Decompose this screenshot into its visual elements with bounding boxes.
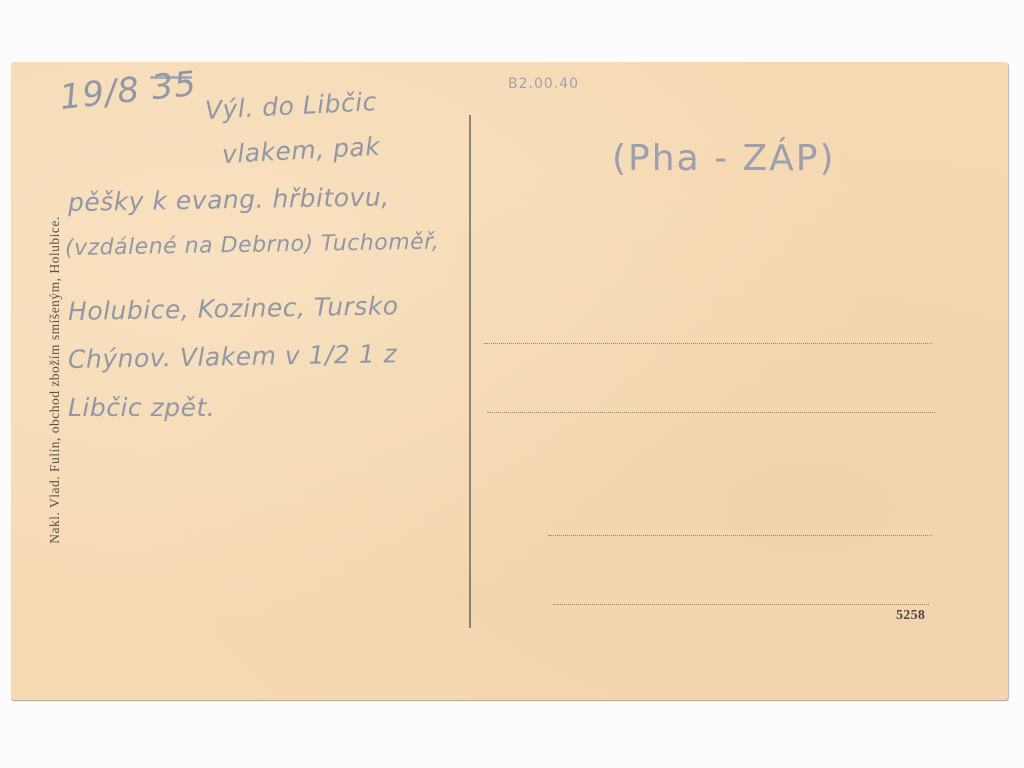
publisher-imprint: Nakl. Vlad. Fulín, obchod zbožím smíšený… xyxy=(47,150,63,610)
message-line-6: Chýnov. Vlakem v 1/2 1 z xyxy=(68,339,398,374)
address-line-2 xyxy=(487,412,935,413)
scan-background: Nakl. Vlad. Fulín, obchod zbožím smíšený… xyxy=(0,0,1024,768)
address-line-4 xyxy=(553,604,929,605)
address-line-3 xyxy=(548,535,932,536)
center-divider-line xyxy=(469,115,471,628)
address-line-1 xyxy=(484,343,932,344)
serial-number: 5258 xyxy=(896,608,925,624)
route-note: (Pha - ZÁP) xyxy=(612,138,836,179)
message-line-5: Holubice, Kozinec, Tursko xyxy=(68,291,399,326)
message-line-7: Libčic zpět. xyxy=(68,393,215,422)
message-line-3: pěšky k evang. hřbitovu, xyxy=(68,182,390,217)
reference-code: B2.00.40 xyxy=(508,76,579,92)
